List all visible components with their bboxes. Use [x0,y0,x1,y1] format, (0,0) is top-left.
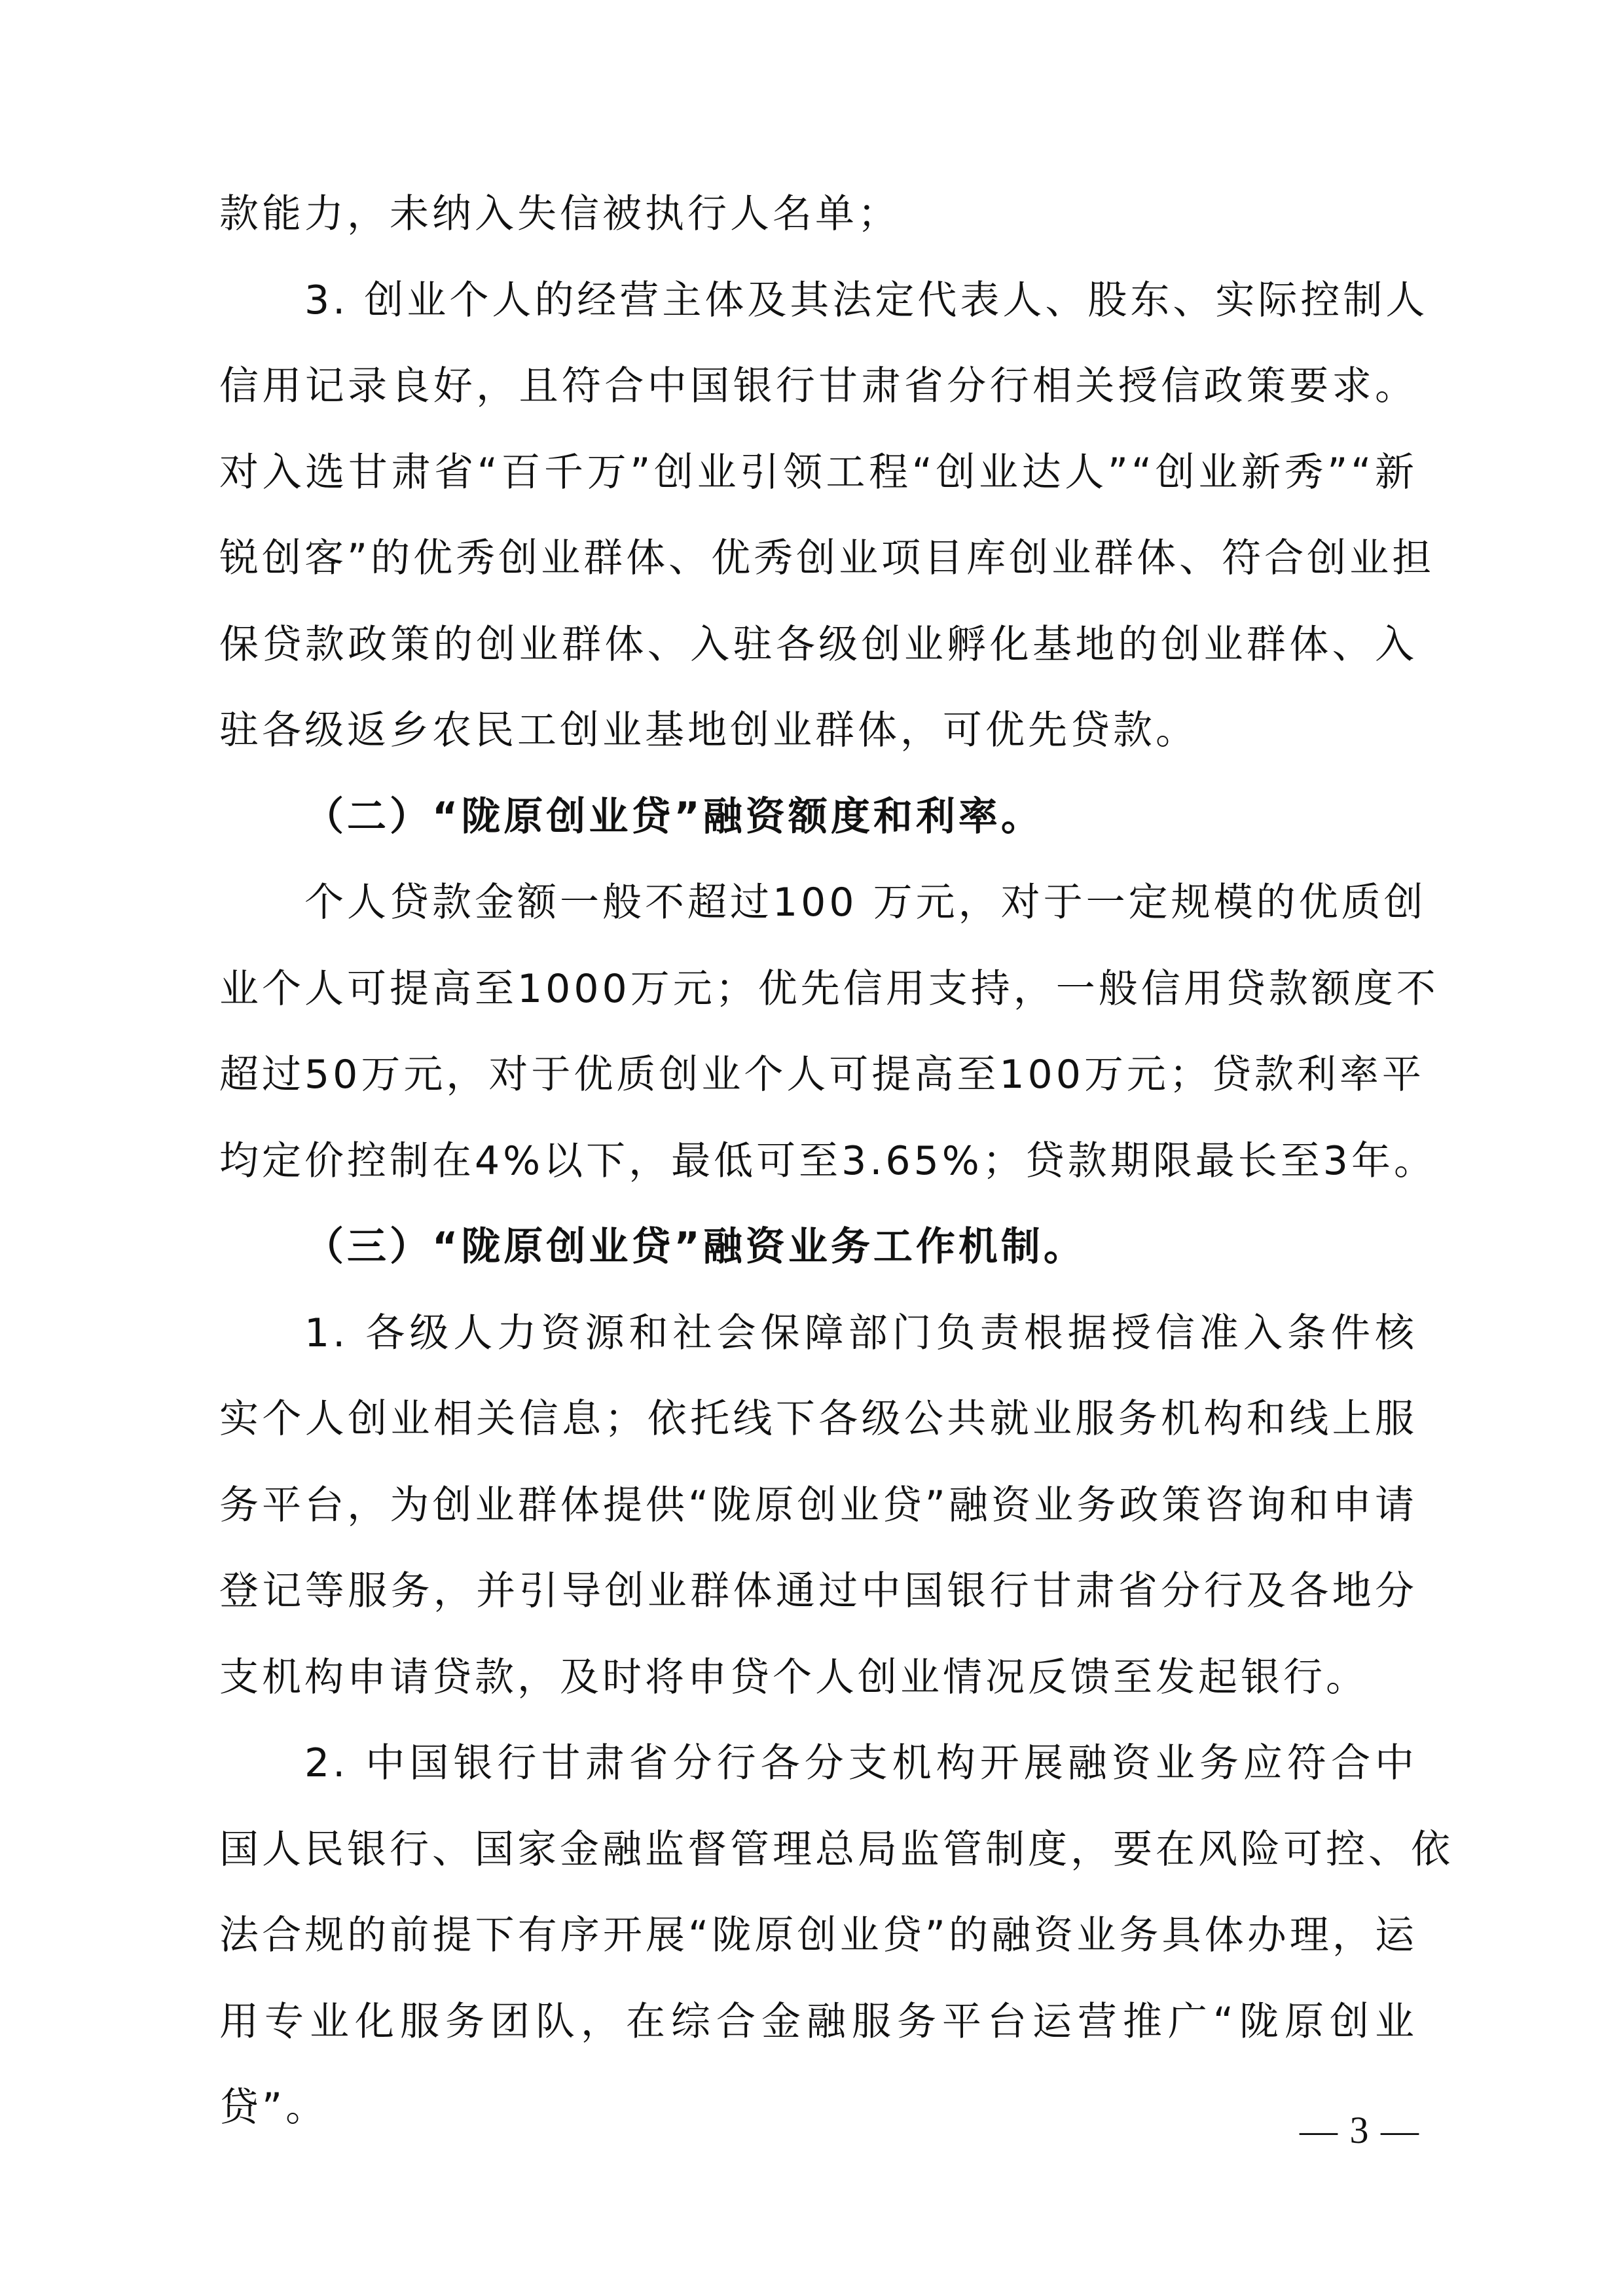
text-line: 国人民银行、国家金融监督管理总局监管制度，要在风险可控、依 [219,1807,1417,1893]
section-heading: （二）“陇原创业贷”融资额度和利率。 [219,774,1417,861]
page-number: — 3 — [1300,2108,1420,2153]
document-page: 款能力，未纳入失信被执行人名单； 3. 创业个人的经营主体及其法定代表人、股东、… [0,0,1623,2296]
text-line: 款能力，未纳入失信被执行人名单； [219,171,1417,258]
text-line: 保贷款政策的创业群体、入驻各级创业孵化基地的创业群体、入 [219,602,1417,689]
text-line: 均定价控制在4%以下，最低可至3.65%；贷款期限最长至3年。 [219,1119,1417,1205]
text-line: 驻各级返乡农民工创业基地创业群体，可优先贷款。 [219,688,1417,774]
document-body: 款能力，未纳入失信被执行人名单； 3. 创业个人的经营主体及其法定代表人、股东、… [219,171,1417,2151]
text-line: 务平台，为创业群体提供“陇原创业贷”融资业务政策咨询和申请 [219,1463,1417,1549]
text-line: 用专业化服务团队，在综合金融服务平台运营推广“陇原创业 [219,1979,1417,2066]
text-line: 贷”。 [219,2065,1417,2151]
text-line: 个人贷款金额一般不超过100 万元，对于一定规模的优质创 [219,860,1417,946]
text-line: 3. 创业个人的经营主体及其法定代表人、股东、实际控制人 [219,258,1417,344]
text-line: 对入选甘肃省“百千万”创业引领工程“创业达人”“创业新秀”“新 [219,430,1417,516]
text-line: 法合规的前提下有序开展“陇原创业贷”的融资业务具体办理，运 [219,1893,1417,1979]
text-line: 超过50万元，对于优质创业个人可提高至100万元；贷款利率平 [219,1032,1417,1119]
section-heading: （三）“陇原创业贷”融资业务工作机制。 [219,1204,1417,1291]
text-line: 支机构申请贷款，及时将申贷个人创业情况反馈至发起银行。 [219,1635,1417,1721]
text-line: 业个人可提高至1000万元；优先信用支持，一般信用贷款额度不 [219,946,1417,1033]
text-line: 1. 各级人力资源和社会保障部门负责根据授信准入条件核 [219,1291,1417,1377]
text-line: 登记等服务，并引导创业群体通过中国银行甘肃省分行及各地分 [219,1549,1417,1635]
text-line: 锐创客”的优秀创业群体、优秀创业项目库创业群体、符合创业担 [219,516,1417,602]
text-line: 2. 中国银行甘肃省分行各分支机构开展融资业务应符合中 [219,1721,1417,1807]
text-line: 信用记录良好，且符合中国银行甘肃省分行相关授信政策要求。 [219,344,1417,430]
text-line: 实个人创业相关信息；依托线下各级公共就业服务机构和线上服 [219,1376,1417,1463]
